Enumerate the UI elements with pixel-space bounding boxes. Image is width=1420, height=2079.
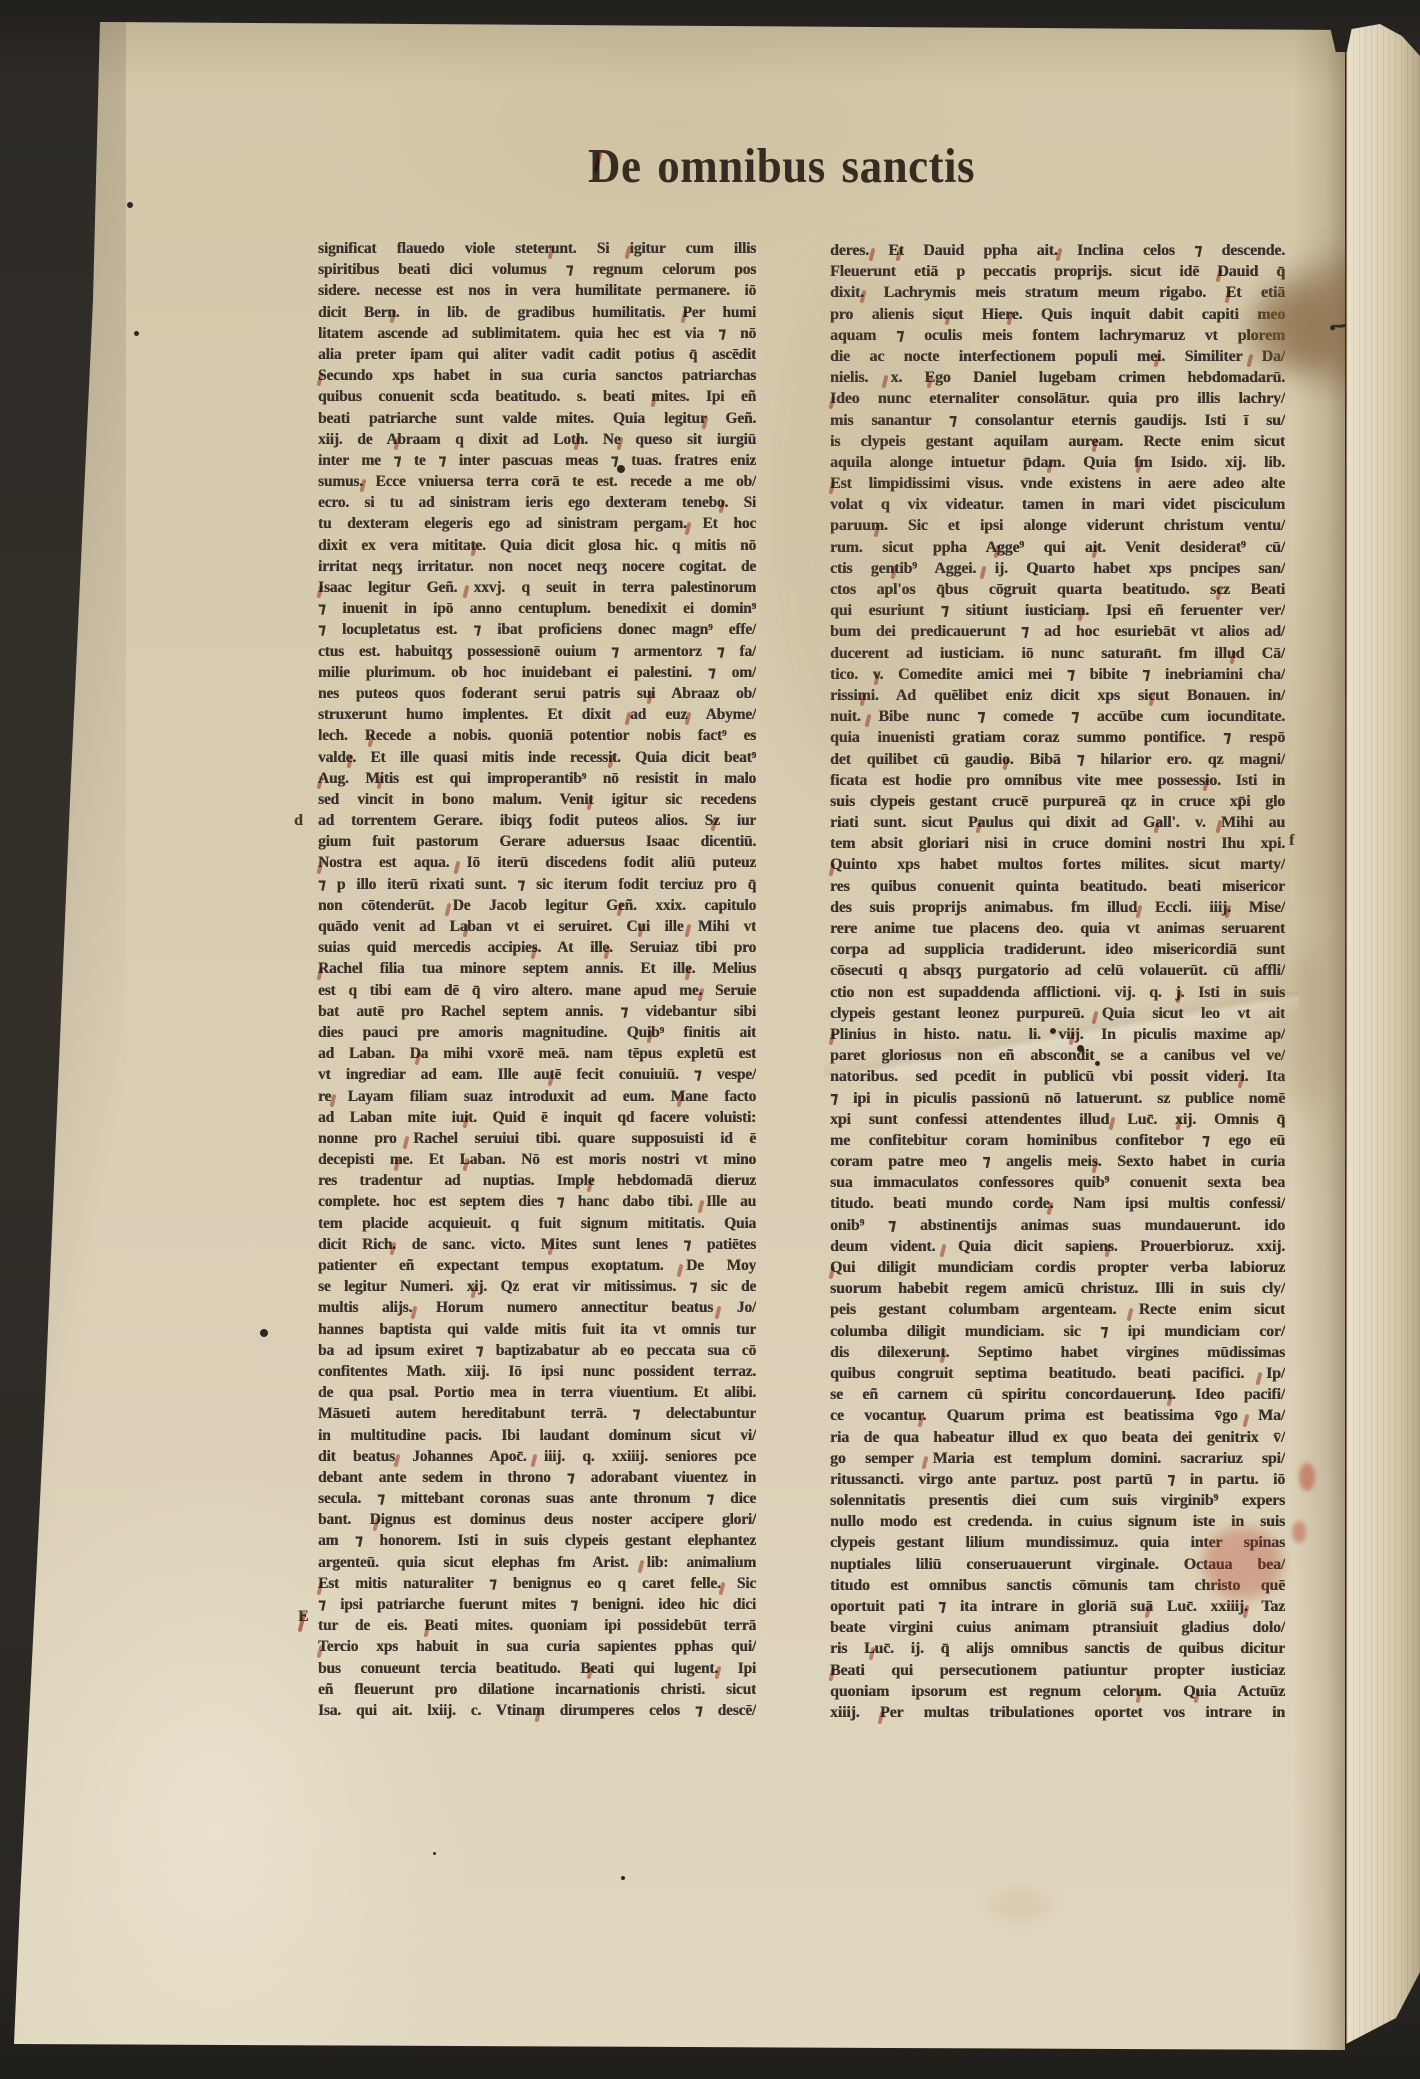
text-line: ecro. si tu ad sinistram ieris ego dexte… (318, 492, 756, 513)
book-page: De omnibus sanctis significat flauedo vi… (0, 0, 1345, 2079)
text-line: oportuit pati ⁊ ita intrare in gloriā su… (830, 1596, 1285, 1617)
text-line: cōsecuti q absqʒ purgatorio ad celū vola… (830, 960, 1285, 981)
text-line: patienter eñ expectant tempus exoptatum.… (318, 1255, 756, 1276)
text-line: complete. hoc est septem dies ⁊ hanc dab… (318, 1191, 756, 1212)
text-line: Māsueti autem hereditabunt terrā. ⁊ dele… (318, 1403, 756, 1424)
text-line: xpi sunt confessi attendentes illud Luc̄… (830, 1109, 1285, 1130)
text-line: argenteū. quia sicut elephas fm Arist. l… (318, 1552, 756, 1573)
text-line: secula. ⁊ mittebant coronas suas ante th… (318, 1488, 756, 1509)
page-top-edge-shadow (90, 18, 1345, 88)
text-line: decepisti me. Et Laban. Nō est moris nos… (318, 1149, 756, 1170)
page-stain (772, 260, 952, 780)
text-line: res quibus conuenit quinta beatitudo. be… (830, 876, 1285, 897)
text-line: bus conueunt tercia beatitudo. Beati qui… (318, 1658, 756, 1679)
text-line: suorum habebit regem amicū christuz. Ill… (830, 1278, 1285, 1299)
text-line: quoniam ipsorum est regnum celorum. Quia… (830, 1681, 1285, 1702)
page-left-edge-shadow (6, 18, 126, 2048)
text-line: in multitudine pacis. Ibi laudant dominu… (318, 1425, 756, 1446)
text-line: nonne pro Rachel seruiui tibi. quare sup… (318, 1128, 756, 1149)
text-line: tur de eis. Beati mites. quoniam ipi pos… (318, 1615, 756, 1636)
text-line: re Layam filiam suaz introduxit ad eum. … (318, 1086, 756, 1107)
text-line: non cōtenderūt. De Jacob legitur Geñ. xx… (318, 895, 756, 916)
text-line: am ⁊ honorem. Isti in suis clypeis gesta… (318, 1530, 756, 1551)
text-line: eñ fleuerunt pro dilatione incarnationis… (318, 1679, 756, 1700)
text-line: inter me ⁊ te ⁊ inter pascuas meas ⁊ tua… (318, 450, 756, 471)
text-line: me confitebitur coram hominibus confiteb… (830, 1130, 1285, 1151)
text-line: se legitur Numeri. xij. Qz erat vir miti… (318, 1276, 756, 1297)
text-line: ad Laban mite iuit. Quid ē inquit qd fac… (318, 1107, 756, 1128)
text-line: nes puteos quos foderant serui patris su… (318, 683, 756, 704)
text-line: suias quid mercedis accipies. At ille. S… (318, 937, 756, 958)
text-line: sed vincit in bono malum. Venit igitur s… (318, 789, 756, 810)
text-line: clypeis gestant leonez purpureū. Quia si… (830, 1003, 1285, 1024)
text-line: Beati qui persecutionem patiuntur propte… (830, 1660, 1285, 1681)
text-line: lech. Recede a nobis. quoniā potentior n… (318, 725, 756, 746)
ink-spot (433, 1852, 436, 1855)
text-line: confitentes Math. xiij. Iō ipsi nunc pos… (318, 1361, 756, 1382)
text-line: bant. Dignus est dominus deus noster acc… (318, 1509, 756, 1530)
text-line: go semper Maria est templum domini. sacr… (830, 1448, 1285, 1469)
text-line: dis dilexerunt. Septimo habet virgines m… (830, 1342, 1285, 1363)
text-line: vt ingrediar ad eam. Ille autē fecit con… (318, 1064, 756, 1085)
text-line: xiiij. Per multas tribulationes oportet … (830, 1702, 1285, 1723)
text-line: quibus congruit septima beatitudo. beati… (830, 1363, 1285, 1384)
text-line: solennitatis presentis diei cum suis vir… (830, 1490, 1285, 1511)
text-line: paret gloriosus non eñ abscondit se a ca… (830, 1045, 1285, 1066)
text-line: Secundo xps habet in sua curia sanctos p… (318, 365, 756, 386)
text-line: de qua psal. Portio mea in terra viuenti… (318, 1382, 756, 1403)
text-line: irritat neqʒ irritatur. non nocet neqʒ n… (318, 556, 756, 577)
text-line: Est mitis naturaliter ⁊ benignus eo q ca… (318, 1573, 756, 1594)
ink-spot (617, 465, 625, 473)
text-line: titudo. beati mundo corde. Nam ipsi mult… (830, 1193, 1285, 1214)
text-line: coram patre meo ⁊ angelis meis. Sexto ha… (830, 1151, 1285, 1172)
text-line: bat autē pro Rachel septem annis. ⁊ vide… (318, 1001, 756, 1022)
text-line: ⁊ ipsi patriarche fuerunt mites ⁊ benign… (318, 1594, 756, 1615)
ink-spot (621, 1876, 625, 1880)
text-column-left: significat flauedo viole steterunt. Si i… (318, 238, 756, 1721)
text-line: corpa ad supplicia tradiderunt. ideo mis… (830, 939, 1285, 960)
text-line: ⁊ inuenit in ipō anno centuplum. benedix… (318, 598, 756, 619)
ink-spot (1095, 1061, 1100, 1066)
text-line: des suis proprijs animabus. fm illud Ecc… (830, 897, 1285, 918)
text-line: ritussancti. virgo ante partuz. post par… (830, 1469, 1285, 1490)
text-line: beate virgini cuius animam ptransiuit gl… (830, 1617, 1285, 1638)
text-line: Qui diligit mundiciam cordis propter ver… (830, 1257, 1285, 1278)
margin-annotation: d (294, 812, 303, 830)
text-line: multis alijs. Horum numero annectitur be… (318, 1297, 756, 1318)
margin-annotation: f (1289, 832, 1294, 850)
text-line: ba ad ipsum exiret ⁊ baptizabatur ab eo … (318, 1340, 756, 1361)
text-line: litatem ascende ad sublimitatem. quia he… (318, 323, 756, 344)
text-line: dies pauci pre amoris magnitudine. Quib⁹… (318, 1022, 756, 1043)
text-line: hannes baptista qui valde mitis fuit ita… (318, 1319, 756, 1340)
text-line: ad Laban. Da mihi vxorē meā. nam tēpus e… (318, 1043, 756, 1064)
text-line: ⁊ p illo iterū rixati sunt. ⁊ sic iterum… (318, 874, 756, 895)
text-line: res tradentur ad nuptias. Imple hebdomad… (318, 1170, 756, 1191)
text-line: quibus conuenit scda beatitudo. s. beati… (318, 386, 756, 407)
text-line: dicit Bern. in lib. de gradibus humilita… (318, 302, 756, 323)
text-line: ce vocantur. Quarum prima est beatissima… (830, 1405, 1285, 1426)
text-line: ris Luc̄. ij. q̄ alijs omnibus sanctis d… (830, 1638, 1285, 1659)
text-line: rere anime tue placens deo. quia vt anim… (830, 918, 1285, 939)
text-line: suis clypeis gestant crucē purpureā qz i… (830, 791, 1285, 812)
text-line: ⁊ locupletatus est. ⁊ ibat proficiens do… (318, 619, 756, 640)
photo-backdrop: De omnibus sanctis significat flauedo vi… (0, 0, 1420, 2079)
text-line: ⁊ ipi in piculis passionū nō latuerunt. … (830, 1088, 1285, 1109)
text-line: Aug. Mitis est qui improperantib⁹ nō res… (318, 768, 756, 789)
text-line: milie plurimum. ob hoc inuidebant ei pal… (318, 662, 756, 683)
text-line: Tercio xps habuit in sua curia sapientes… (318, 1636, 756, 1657)
text-line: dixit ex vera mititate. Quia dicit glosa… (318, 535, 756, 556)
page-stain (1247, 290, 1337, 370)
text-line: natoribus. sed pcedit in publicū vbi pos… (830, 1066, 1285, 1087)
text-line: debant ante sedem in throno ⁊ adorabant … (318, 1467, 756, 1488)
text-line: ficata est hodie pro omnibus vite mee po… (830, 770, 1285, 791)
text-line: deum vident. Quia dicit sapiens. Prouerb… (830, 1236, 1285, 1257)
text-line: sidere. necesse est nos in vera humilita… (318, 280, 756, 301)
text-line: columba diligit mundiciam. sic ⁊ ipi mun… (830, 1321, 1285, 1342)
text-line: gium fuit pastorum Gerare aduersus Isaac… (318, 831, 756, 852)
text-line: alia preter ipam qui aliter vadit cadit … (318, 344, 756, 365)
text-line: tem placide acquieuit. q fuit signum mit… (318, 1213, 756, 1234)
text-line: tem absit gloriari nisi in cruce domini … (830, 833, 1285, 854)
text-line: sua immaculatos confessores quib⁹ conuen… (830, 1172, 1285, 1193)
text-line: est q tibi eam dē q̄ viro altero. mane a… (318, 980, 756, 1001)
text-line: ctio non est supaddenda afflictioni. vij… (830, 982, 1285, 1003)
text-line: significat flauedo viole steterunt. Si i… (318, 238, 756, 259)
text-line: Isaac legitur Geñ. xxvj. q seuit in terr… (318, 577, 756, 598)
text-line: xiij. de Abraam q dixit ad Loth. Ne ques… (318, 429, 756, 450)
text-line: valde. Et ille quasi mitis inde recessit… (318, 747, 756, 768)
ink-spot (134, 331, 139, 336)
text-line: spiritibus beati dici volumus ⁊ regnum c… (318, 259, 756, 280)
text-line: ctus est. habuitqʒ possessionē ouium ⁊ a… (318, 641, 756, 662)
text-line: sumus. Ecce vniuersa terra corā te est. … (318, 471, 756, 492)
text-line: beati patriarche sunt valde mites. Quia … (318, 408, 756, 429)
page-heading: De omnibus sanctis (588, 138, 1012, 194)
page-stain (1203, 1527, 1283, 1599)
ink-spot (1077, 1045, 1084, 1052)
text-line: ad torrentem Gerare. ibiqʒ fodit puteos … (318, 810, 756, 831)
text-line: dicit Rich. de sanc. victo. Mites sunt l… (318, 1234, 756, 1255)
text-line: dit beatus Johannes Apoc̄. iiij. q. xxii… (318, 1446, 756, 1467)
text-line: se eñ carnem cū spiritu concordauerunt. … (830, 1384, 1285, 1405)
page-stain (1277, 950, 1333, 1110)
text-line: Nostra est aqua. Iō iterū discedens fodi… (318, 852, 756, 873)
page-stain (990, 1889, 1050, 1921)
text-line: onib⁹ ⁊ abstinentijs animas suas mundaue… (830, 1215, 1285, 1236)
ink-spot (260, 1329, 268, 1337)
text-line: peis gestant columbam argenteam. Recte e… (830, 1299, 1285, 1320)
ink-spot (1050, 1028, 1056, 1034)
adjacent-page-edge (1346, 24, 1420, 2050)
ink-spot (127, 202, 133, 208)
text-line: ria de qua habeatur illud ex quo beata d… (830, 1427, 1285, 1448)
page-stain (1292, 1521, 1306, 1543)
text-line: Quinto xps habet multos fortes milites. … (830, 854, 1285, 875)
text-line: nullo modo est credenda. in cuius signum… (830, 1511, 1285, 1532)
text-line: Plinius in histo. natu. li. viij. In pic… (830, 1024, 1285, 1045)
page-stain (1299, 1463, 1315, 1491)
